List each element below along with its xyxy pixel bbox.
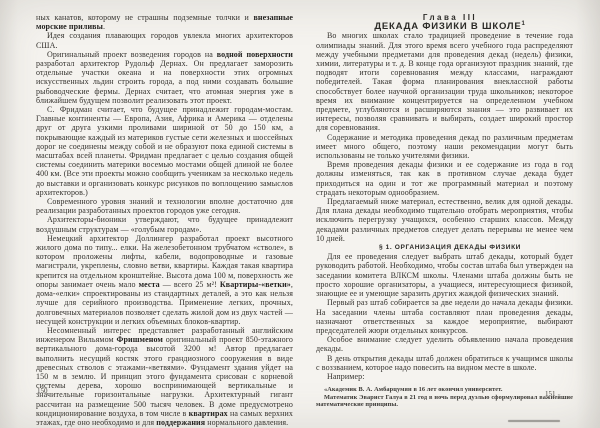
page-number-right: 151 — [545, 390, 556, 398]
title-footnote-mark: 1 — [522, 21, 526, 27]
paragraph: Идея создания плавающих городов увлекла … — [36, 31, 293, 49]
paragraph: Особое внимание следует уделить объявлен… — [316, 335, 573, 353]
paragraph: Предлагаемый ниже материал, естественно,… — [316, 197, 573, 243]
book-spread: ных канатов, которому не страшны подземн… — [0, 0, 600, 428]
paragraph: Во многих школах стало традицией проведе… — [316, 31, 573, 132]
paragraph: Несомненный интерес представляет разрабо… — [36, 326, 293, 427]
paragraph: С. Фридман считает, что будущее принадле… — [36, 105, 293, 197]
paragraph: Немецкий архитектор Доллингер разработал… — [36, 234, 293, 326]
paragraph: Первый раз штаб собирается за две недели… — [316, 298, 573, 335]
left-page-text-column: ных канатов, которому не страшны подземн… — [36, 13, 293, 427]
chapter-title: ДЕКАДА ФИЗИКИ В ШКОЛЕ1 — [316, 22, 573, 31]
right-page-text-column: Глава III ДЕКАДА ФИЗИКИ В ШКОЛЕ1 Во мног… — [316, 13, 573, 409]
paragraph: ных канатов, которому не страшны подземн… — [36, 13, 293, 31]
page-number-left: 150 — [37, 387, 48, 395]
paragraph: Например: — [316, 372, 573, 381]
footnote-line: Математик Эварист Галуа в 21 год в ночь … — [316, 394, 573, 409]
paragraph: Содержание и методика проведения декад п… — [316, 133, 573, 161]
small-print-quote: «Академик В. А. Амбарцумян в 16 лет окон… — [316, 386, 573, 409]
paragraph: Современного уровня знаний и технологии … — [36, 197, 293, 215]
scan-artifact-line — [508, 420, 560, 422]
paragraph: Оригинальный проект возведения городов н… — [36, 50, 293, 105]
paragraph: Для ее проведения следует выбрать штаб д… — [316, 252, 573, 298]
paragraph: Архитекторы-бионики утверждают, что буду… — [36, 215, 293, 233]
footnote-line: «Академик В. А. Амбарцумян в 16 лет окон… — [316, 386, 573, 394]
paragraph: В день открытия декады штаб должен обрат… — [316, 354, 573, 372]
paragraph: Время проведения декады физики и ее соде… — [316, 160, 573, 197]
section-heading: § 1. ОРГАНИЗАЦИЯ ДЕКАДЫ ФИЗИКИ — [316, 243, 573, 252]
